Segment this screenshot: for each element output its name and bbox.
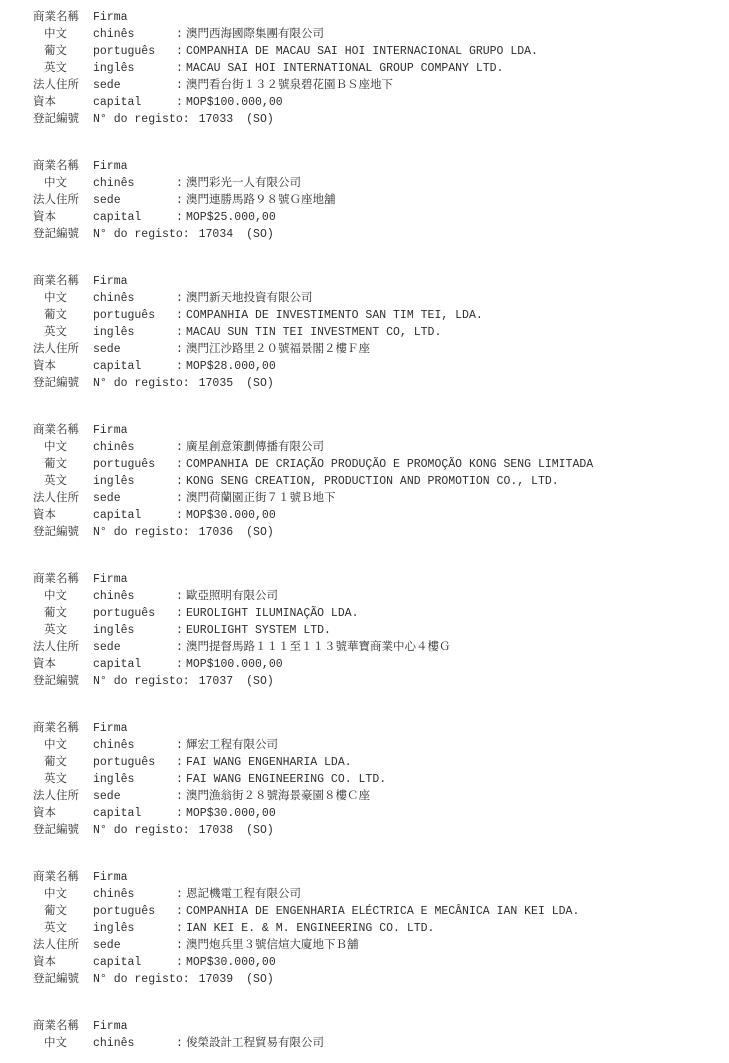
label-capital-pt: capital: [93, 507, 176, 524]
colon-separator: :: [176, 209, 186, 226]
portuguese-value: EUROLIGHT ILUMINAÇÃO LDA.: [186, 605, 359, 622]
chinese-value: 輝宏工程有限公司: [186, 737, 278, 754]
label-sede-pt: sede: [93, 192, 176, 209]
company-entry: 商業名稱Firma中文chinês:澳門彩光一人有限公司法人住所sede:澳門連…: [33, 158, 719, 243]
colon-separator: :: [176, 290, 186, 307]
label-chinese-pt: chinês: [93, 588, 176, 605]
capital-row: 資本capital:MOP$30.000,00: [33, 507, 719, 524]
label-chinese-zh: 中文: [33, 290, 93, 307]
label-capital-zh: 資本: [33, 507, 93, 524]
label-capital-zh: 資本: [33, 954, 93, 971]
firma-row: 商業名稱Firma: [33, 273, 719, 290]
sede-value: 澳門江沙路里２０號福景閣２樓Ｆ座: [186, 341, 370, 358]
colon-separator: :: [176, 60, 186, 77]
label-sede-pt: sede: [93, 490, 176, 507]
registo-row: 登記編號N° do registo:17037(SO): [33, 673, 719, 690]
label-capital-zh: 資本: [33, 358, 93, 375]
label-firma-zh: 商業名稱: [33, 869, 93, 886]
sede-value: 澳門看台街１３２號泉碧花園ＢＳ座地下: [186, 77, 393, 94]
english-value: MACAU SAI HOI INTERNATIONAL GROUP COMPAN…: [186, 60, 503, 77]
capital-value: MOP$30.000,00: [186, 954, 276, 971]
chinese-row: 中文chinês:恩記機電工程有限公司: [33, 886, 719, 903]
sede-row: 法人住所sede:澳門漁翁街２８號海景豪園８樓Ｃ座: [33, 788, 719, 805]
label-capital-pt: capital: [93, 94, 176, 111]
label-portuguese-pt: português: [93, 903, 176, 920]
company-entry: 商業名稱Firma中文chinês:恩記機電工程有限公司葡文português:…: [33, 869, 719, 988]
registo-number: 17033: [199, 111, 234, 128]
portuguese-value: COMPANHIA DE INVESTIMENTO SAN TIM TEI, L…: [186, 307, 483, 324]
registo-row: 登記編號N° do registo:17034(SO): [33, 226, 719, 243]
registo-number: 17034: [199, 226, 234, 243]
colon-separator: :: [176, 788, 186, 805]
colon-separator: :: [176, 456, 186, 473]
label-capital-pt: capital: [93, 954, 176, 971]
label-portuguese-zh: 葡文: [33, 43, 93, 60]
label-chinese-pt: chinês: [93, 175, 176, 192]
registo-number: 17038: [199, 822, 234, 839]
chinese-row: 中文chinês:廣星創意策劃傳播有限公司: [33, 439, 719, 456]
label-portuguese-pt: português: [93, 605, 176, 622]
label-registo-zh: 登記編號: [33, 673, 93, 690]
label-capital-pt: capital: [93, 209, 176, 226]
label-chinese-pt: chinês: [93, 290, 176, 307]
colon-separator: :: [176, 771, 186, 788]
company-entry: 商業名稱Firma中文chinês:廣星創意策劃傳播有限公司葡文portuguê…: [33, 422, 719, 541]
label-firma-pt: Firma: [93, 869, 176, 886]
label-portuguese-pt: português: [93, 754, 176, 771]
chinese-row: 中文chinês:澳門彩光一人有限公司: [33, 175, 719, 192]
company-entry: 商業名稱Firma中文chinês:輝宏工程有限公司葡文português:FA…: [33, 720, 719, 839]
registo-suffix: (SO): [246, 111, 274, 128]
label-firma-pt: Firma: [93, 1018, 176, 1035]
portuguese-value: COMPANHIA DE CRIAÇÃO PRODUÇÃO E PROMOÇÃO…: [186, 456, 593, 473]
label-firma-zh: 商業名稱: [33, 720, 93, 737]
label-registo-pt: N° do registo:: [93, 673, 190, 690]
registo-number: 17035: [199, 375, 234, 392]
firma-row: 商業名稱Firma: [33, 158, 719, 175]
label-firma-pt: Firma: [93, 158, 176, 175]
label-sede-pt: sede: [93, 77, 176, 94]
label-sede-zh: 法人住所: [33, 192, 93, 209]
label-registo-pt: N° do registo:: [93, 822, 190, 839]
capital-row: 資本capital:MOP$28.000,00: [33, 358, 719, 375]
firma-row: 商業名稱Firma: [33, 422, 719, 439]
chinese-row: 中文chinês:輝宏工程有限公司: [33, 737, 719, 754]
label-chinese-zh: 中文: [33, 588, 93, 605]
label-registo-zh: 登記編號: [33, 375, 93, 392]
registo-suffix: (SO): [246, 673, 274, 690]
colon-separator: :: [176, 358, 186, 375]
colon-separator: :: [176, 920, 186, 937]
portuguese-row: 葡文português:COMPANHIA DE CRIAÇÃO PRODUÇÃ…: [33, 456, 719, 473]
portuguese-row: 葡文português:COMPANHIA DE ENGENHARIA ELÉC…: [33, 903, 719, 920]
entries: 商業名稱Firma中文chinês:澳門西海國際集團有限公司葡文portuguê…: [33, 9, 719, 1052]
colon-separator: :: [176, 307, 186, 324]
label-chinese-zh: 中文: [33, 886, 93, 903]
english-value: MACAU SUN TIN TEI INVESTMENT CO, LTD.: [186, 324, 441, 341]
registo-row: 登記編號N° do registo:17038(SO): [33, 822, 719, 839]
capital-row: 資本capital:MOP$25.000,00: [33, 209, 719, 226]
capital-row: 資本capital:MOP$100.000,00: [33, 94, 719, 111]
chinese-value: 澳門彩光一人有限公司: [186, 175, 301, 192]
label-english-zh: 英文: [33, 771, 93, 788]
label-registo-pt: N° do registo:: [93, 226, 190, 243]
firma-row: 商業名稱Firma: [33, 720, 719, 737]
label-chinese-zh: 中文: [33, 439, 93, 456]
colon-separator: :: [176, 656, 186, 673]
label-registo-zh: 登記編號: [33, 111, 93, 128]
capital-row: 資本capital:MOP$30.000,00: [33, 954, 719, 971]
label-sede-zh: 法人住所: [33, 788, 93, 805]
label-english-pt: inglês: [93, 622, 176, 639]
capital-value: MOP$100.000,00: [186, 94, 283, 111]
capital-value: MOP$30.000,00: [186, 507, 276, 524]
label-chinese-pt: chinês: [93, 737, 176, 754]
label-registo-pt: N° do registo:: [93, 375, 190, 392]
colon-separator: :: [176, 754, 186, 771]
label-sede-zh: 法人住所: [33, 77, 93, 94]
label-chinese-pt: chinês: [93, 886, 176, 903]
company-entry: 商業名稱Firma中文chinês:俊榮設計工程貿易有限公司: [33, 1018, 719, 1052]
sede-row: 法人住所sede:澳門看台街１３２號泉碧花園ＢＳ座地下: [33, 77, 719, 94]
company-entry: 商業名稱Firma中文chinês:澳門西海國際集團有限公司葡文portuguê…: [33, 9, 719, 128]
chinese-value: 恩記機電工程有限公司: [186, 886, 301, 903]
label-sede-pt: sede: [93, 341, 176, 358]
label-english-pt: inglês: [93, 324, 176, 341]
colon-separator: :: [176, 737, 186, 754]
label-sede-pt: sede: [93, 937, 176, 954]
registo-suffix: (SO): [246, 971, 274, 988]
firma-row: 商業名稱Firma: [33, 571, 719, 588]
registo-number: 17036: [199, 524, 234, 541]
registo-suffix: (SO): [246, 524, 274, 541]
firma-row: 商業名稱Firma: [33, 1018, 719, 1035]
firma-row: 商業名稱Firma: [33, 869, 719, 886]
portuguese-row: 葡文português:COMPANHIA DE INVESTIMENTO SA…: [33, 307, 719, 324]
company-entry: 商業名稱Firma中文chinês:歐亞照明有限公司葡文português:EU…: [33, 571, 719, 690]
colon-separator: :: [176, 77, 186, 94]
colon-separator: :: [176, 94, 186, 111]
label-chinese-pt: chinês: [93, 26, 176, 43]
sede-row: 法人住所sede:澳門荷蘭園正街７１號Ｂ地下: [33, 490, 719, 507]
capital-row: 資本capital:MOP$100.000,00: [33, 656, 719, 673]
label-capital-pt: capital: [93, 358, 176, 375]
registo-row: 登記編號N° do registo:17033(SO): [33, 111, 719, 128]
label-portuguese-pt: português: [93, 307, 176, 324]
portuguese-value: COMPANHIA DE MACAU SAI HOI INTERNACIONAL…: [186, 43, 538, 60]
registo-row: 登記編號N° do registo:17039(SO): [33, 971, 719, 988]
label-english-zh: 英文: [33, 324, 93, 341]
label-english-pt: inglês: [93, 473, 176, 490]
label-sede-zh: 法人住所: [33, 341, 93, 358]
registo-number: 17039: [199, 971, 234, 988]
label-portuguese-pt: português: [93, 456, 176, 473]
colon-separator: :: [176, 805, 186, 822]
colon-separator: :: [176, 490, 186, 507]
label-sede-zh: 法人住所: [33, 639, 93, 656]
label-sede-pt: sede: [93, 639, 176, 656]
label-firma-pt: Firma: [93, 422, 176, 439]
sede-value: 澳門提督馬路１１１至１１３號華寶商業中心４樓Ｇ: [186, 639, 451, 656]
label-registo-pt: N° do registo:: [93, 971, 190, 988]
colon-separator: :: [176, 639, 186, 656]
english-row: 英文inglês:MACAU SAI HOI INTERNATIONAL GRO…: [33, 60, 719, 77]
registo-suffix: (SO): [246, 822, 274, 839]
label-firma-pt: Firma: [93, 720, 176, 737]
colon-separator: :: [176, 43, 186, 60]
portuguese-row: 葡文português:FAI WANG ENGENHARIA LDA.: [33, 754, 719, 771]
registo-row: 登記編號N° do registo:17035(SO): [33, 375, 719, 392]
label-capital-zh: 資本: [33, 94, 93, 111]
label-chinese-zh: 中文: [33, 175, 93, 192]
english-row: 英文inglês:FAI WANG ENGINEERING CO. LTD.: [33, 771, 719, 788]
label-firma-zh: 商業名稱: [33, 422, 93, 439]
colon-separator: :: [176, 903, 186, 920]
label-capital-zh: 資本: [33, 805, 93, 822]
label-capital-pt: capital: [93, 805, 176, 822]
label-chinese-zh: 中文: [33, 1035, 93, 1052]
sede-value: 澳門漁翁街２８號海景豪園８樓Ｃ座: [186, 788, 370, 805]
label-english-zh: 英文: [33, 60, 93, 77]
portuguese-value: COMPANHIA DE ENGENHARIA ELÉCTRICA E MECÂ…: [186, 903, 579, 920]
colon-separator: :: [176, 954, 186, 971]
label-english-zh: 英文: [33, 622, 93, 639]
registo-number: 17037: [199, 673, 234, 690]
english-value: IAN KEI E. & M. ENGINEERING CO. LTD.: [186, 920, 434, 937]
label-firma-zh: 商業名稱: [33, 273, 93, 290]
label-registo-zh: 登記編號: [33, 971, 93, 988]
firma-row: 商業名稱Firma: [33, 9, 719, 26]
label-chinese-pt: chinês: [93, 1035, 176, 1052]
label-firma-zh: 商業名稱: [33, 9, 93, 26]
colon-separator: :: [176, 507, 186, 524]
company-entry: 商業名稱Firma中文chinês:澳門新天地投資有限公司葡文português…: [33, 273, 719, 392]
capital-value: MOP$28.000,00: [186, 358, 276, 375]
chinese-row: 中文chinês:澳門西海國際集團有限公司: [33, 26, 719, 43]
label-portuguese-zh: 葡文: [33, 903, 93, 920]
portuguese-row: 葡文português:EUROLIGHT ILUMINAÇÃO LDA.: [33, 605, 719, 622]
capital-value: MOP$30.000,00: [186, 805, 276, 822]
label-registo-pt: N° do registo:: [93, 111, 190, 128]
sede-row: 法人住所sede:澳門炮兵里３號信煊大廈地下Ｂ舖: [33, 937, 719, 954]
english-row: 英文inglês:MACAU SUN TIN TEI INVESTMENT CO…: [33, 324, 719, 341]
colon-separator: :: [176, 937, 186, 954]
label-english-pt: inglês: [93, 60, 176, 77]
colon-separator: :: [176, 886, 186, 903]
colon-separator: :: [176, 622, 186, 639]
chinese-value: 歐亞照明有限公司: [186, 588, 278, 605]
label-english-pt: inglês: [93, 771, 176, 788]
colon-separator: :: [176, 588, 186, 605]
label-firma-zh: 商業名稱: [33, 1018, 93, 1035]
label-registo-zh: 登記編號: [33, 524, 93, 541]
english-row: 英文inglês:KONG SENG CREATION, PRODUCTION …: [33, 473, 719, 490]
english-value: KONG SENG CREATION, PRODUCTION AND PROMO…: [186, 473, 559, 490]
sede-value: 澳門荷蘭園正街７１號Ｂ地下: [186, 490, 336, 507]
label-capital-zh: 資本: [33, 656, 93, 673]
label-registo-pt: N° do registo:: [93, 524, 190, 541]
colon-separator: :: [176, 26, 186, 43]
chinese-value: 廣星創意策劃傳播有限公司: [186, 439, 324, 456]
label-firma-pt: Firma: [93, 9, 176, 26]
sede-row: 法人住所sede:澳門連勝馬路９８號Ｇ座地舖: [33, 192, 719, 209]
capital-row: 資本capital:MOP$30.000,00: [33, 805, 719, 822]
label-portuguese-zh: 葡文: [33, 307, 93, 324]
colon-separator: :: [176, 605, 186, 622]
label-sede-zh: 法人住所: [33, 490, 93, 507]
capital-value: MOP$100.000,00: [186, 656, 283, 673]
sede-row: 法人住所sede:澳門江沙路里２０號福景閣２樓Ｆ座: [33, 341, 719, 358]
chinese-value: 俊榮設計工程貿易有限公司: [186, 1035, 324, 1052]
label-sede-pt: sede: [93, 788, 176, 805]
registo-row: 登記編號N° do registo:17036(SO): [33, 524, 719, 541]
registo-suffix: (SO): [246, 375, 274, 392]
label-portuguese-zh: 葡文: [33, 605, 93, 622]
chinese-value: 澳門新天地投資有限公司: [186, 290, 313, 307]
capital-value: MOP$25.000,00: [186, 209, 276, 226]
colon-separator: :: [176, 175, 186, 192]
chinese-row: 中文chinês:澳門新天地投資有限公司: [33, 290, 719, 307]
registry-document: 商業名稱Firma中文chinês:澳門西海國際集團有限公司葡文portuguê…: [0, 0, 729, 1052]
colon-separator: :: [176, 473, 186, 490]
colon-separator: :: [176, 192, 186, 209]
label-capital-zh: 資本: [33, 209, 93, 226]
colon-separator: :: [176, 341, 186, 358]
colon-separator: :: [176, 439, 186, 456]
label-english-zh: 英文: [33, 920, 93, 937]
label-chinese-zh: 中文: [33, 737, 93, 754]
label-english-pt: inglês: [93, 920, 176, 937]
english-value: EUROLIGHT SYSTEM LTD.: [186, 622, 331, 639]
english-value: FAI WANG ENGINEERING CO. LTD.: [186, 771, 386, 788]
label-registo-zh: 登記編號: [33, 822, 93, 839]
sede-value: 澳門炮兵里３號信煊大廈地下Ｂ舖: [186, 937, 359, 954]
label-chinese-zh: 中文: [33, 26, 93, 43]
label-portuguese-zh: 葡文: [33, 754, 93, 771]
colon-separator: :: [176, 1035, 186, 1052]
portuguese-row: 葡文português:COMPANHIA DE MACAU SAI HOI I…: [33, 43, 719, 60]
sede-value: 澳門連勝馬路９８號Ｇ座地舖: [186, 192, 336, 209]
sede-row: 法人住所sede:澳門提督馬路１１１至１１３號華寶商業中心４樓Ｇ: [33, 639, 719, 656]
label-firma-pt: Firma: [93, 571, 176, 588]
label-registo-zh: 登記編號: [33, 226, 93, 243]
english-row: 英文inglês:IAN KEI E. & M. ENGINEERING CO.…: [33, 920, 719, 937]
label-sede-zh: 法人住所: [33, 937, 93, 954]
label-chinese-pt: chinês: [93, 439, 176, 456]
label-firma-pt: Firma: [93, 273, 176, 290]
label-firma-zh: 商業名稱: [33, 571, 93, 588]
colon-separator: :: [176, 324, 186, 341]
portuguese-value: FAI WANG ENGENHARIA LDA.: [186, 754, 352, 771]
label-firma-zh: 商業名稱: [33, 158, 93, 175]
chinese-row: 中文chinês:歐亞照明有限公司: [33, 588, 719, 605]
registo-suffix: (SO): [246, 226, 274, 243]
label-portuguese-pt: português: [93, 43, 176, 60]
english-row: 英文inglês:EUROLIGHT SYSTEM LTD.: [33, 622, 719, 639]
label-english-zh: 英文: [33, 473, 93, 490]
chinese-row: 中文chinês:俊榮設計工程貿易有限公司: [33, 1035, 719, 1052]
chinese-value: 澳門西海國際集團有限公司: [186, 26, 324, 43]
label-portuguese-zh: 葡文: [33, 456, 93, 473]
label-capital-pt: capital: [93, 656, 176, 673]
